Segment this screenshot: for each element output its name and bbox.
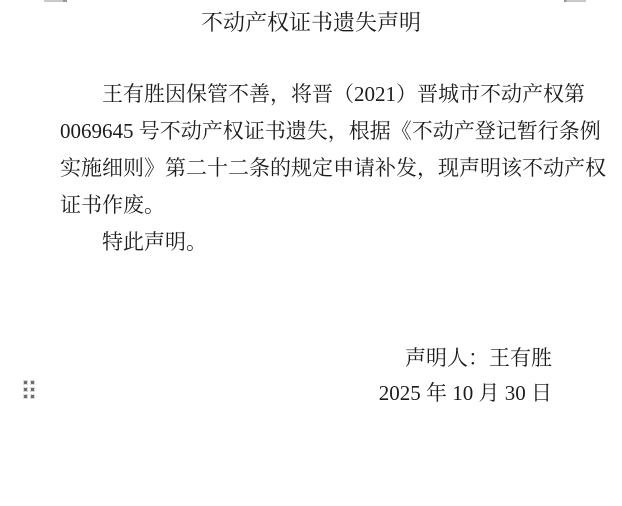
paragraph-line[interactable]: 实施细则》第二十二条的规定申请补发，现声明该不动产权 <box>60 150 584 187</box>
clipped-toolbar-fragment-right <box>564 0 586 2</box>
paragraph-line[interactable]: 0069645 号不动产权证书遗失，根据《不动产登记暂行条例 <box>60 113 584 150</box>
drag-handle-dot <box>31 395 34 398</box>
drag-handle-dot <box>24 395 27 398</box>
paragraph-line[interactable]: 王有胜因保管不善，将晋（2021）晋城市不动产权第 <box>60 76 584 113</box>
document-body[interactable]: 王有胜因保管不善，将晋（2021）晋城市不动产权第 0069645 号不动产权证… <box>60 76 584 261</box>
drag-handle-dot <box>24 388 27 391</box>
clipped-toolbar-fragment-left <box>44 0 67 2</box>
drag-handle-dot <box>31 388 34 391</box>
signature-block: 声明人：王有胜 2025 年 10 月 30 日 <box>379 341 552 411</box>
date-line[interactable]: 2025 年 10 月 30 日 <box>379 376 552 411</box>
paragraph-line[interactable]: 证书作废。 <box>60 187 584 224</box>
document-page[interactable]: 不动产权证书遗失声明 王有胜因保管不善，将晋（2021）晋城市不动产权第 006… <box>0 0 622 506</box>
closing-line[interactable]: 特此声明。 <box>60 224 584 261</box>
drag-handle-dot <box>31 381 34 384</box>
drag-handle-icon[interactable] <box>24 381 34 398</box>
document-title[interactable]: 不动产权证书遗失声明 <box>0 8 622 38</box>
declarant-line[interactable]: 声明人：王有胜 <box>379 341 552 376</box>
drag-handle-dot <box>24 381 27 384</box>
